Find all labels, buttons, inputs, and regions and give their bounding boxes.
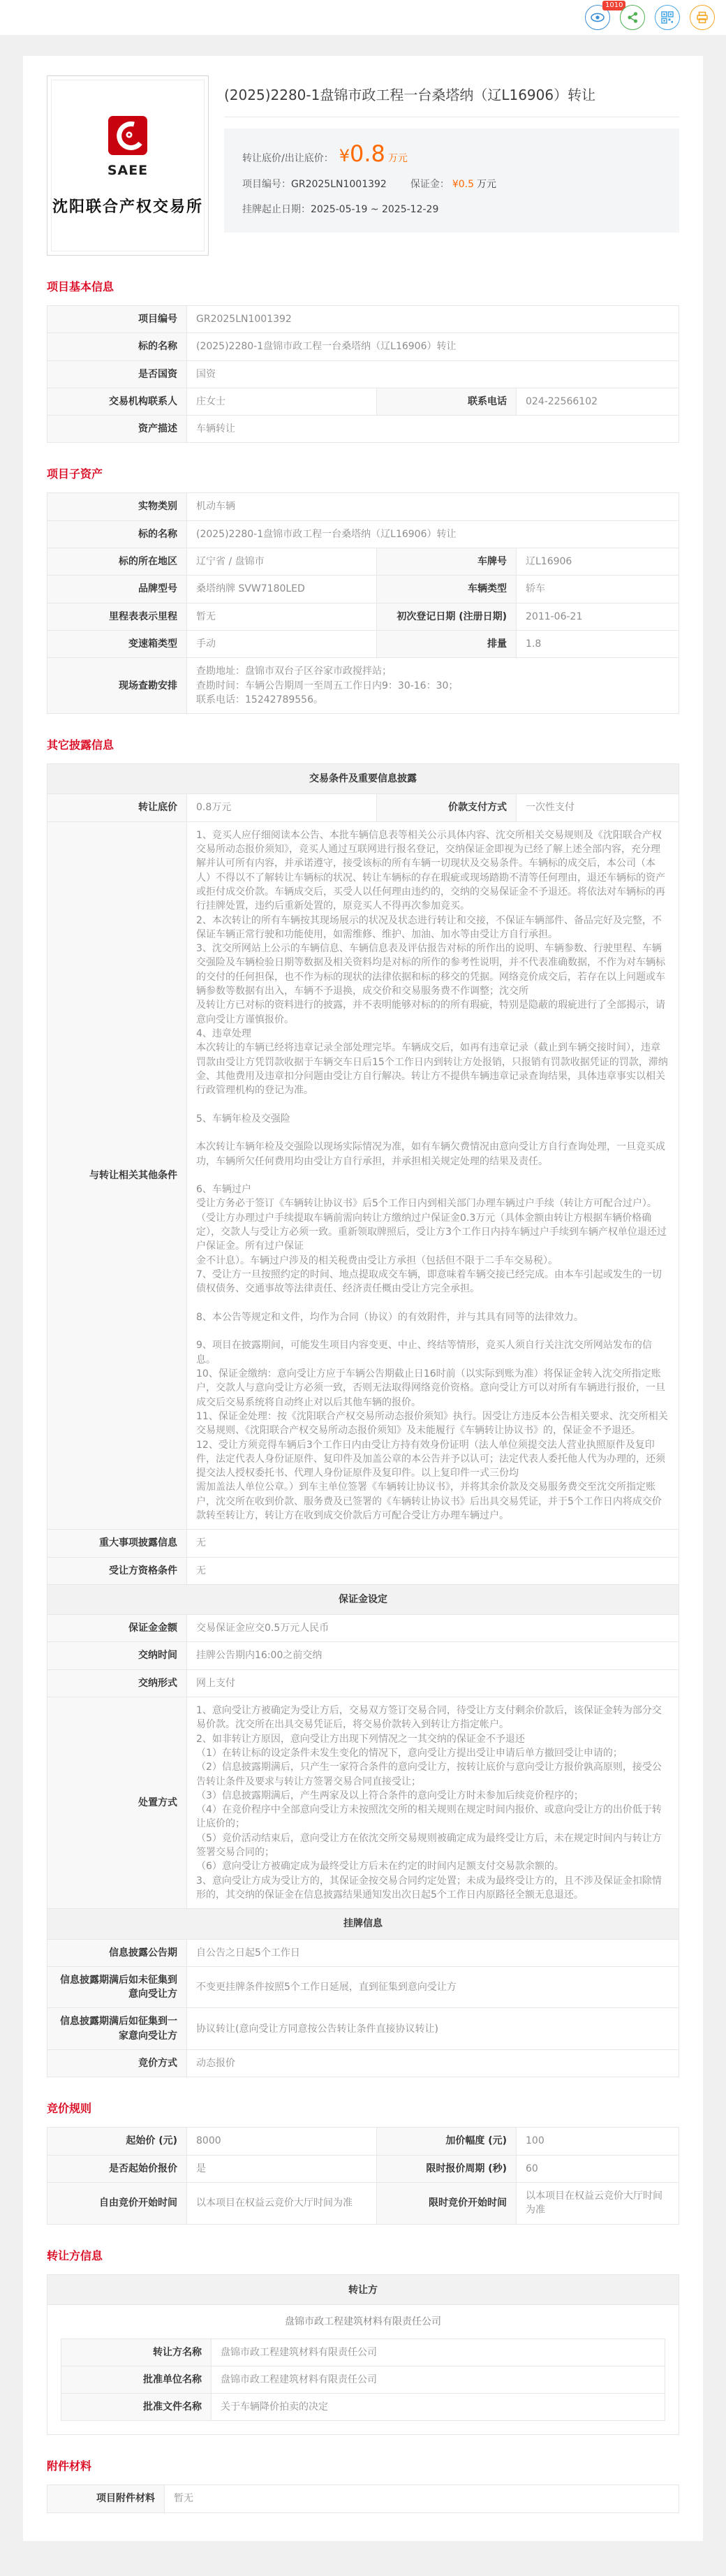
table-row: 批准文件名称 关于车辆降价拍卖的决定	[61, 2394, 665, 2421]
row-label: 是否起始价报价	[47, 2155, 187, 2182]
floor-price-value: ¥0.8万元	[334, 142, 408, 166]
row-value: (2025)2280-1盘锦市政工程一台桑塔纳（辽L16906）转让	[187, 333, 679, 360]
row-value: 1.8	[517, 630, 679, 657]
table-row: 现场查勘安排 查勘地址：盘锦市双台子区谷家市政搅拌站； 查勘时间：车辆公告期周一…	[47, 658, 679, 714]
row-label: 批准单位名称	[61, 2366, 212, 2393]
eye-icon	[590, 10, 605, 25]
view-count-button[interactable]: 1010	[585, 5, 610, 30]
section-title-bidding-rules: 竞价规则	[47, 2100, 679, 2116]
row-value: 车辆转让	[187, 416, 679, 443]
toolbar: 1010	[0, 0, 726, 35]
project-number-row: 项目编号： GR2025LN1001392 保证金： ¥0.5 万元	[242, 177, 661, 191]
row-label: 交纳时间	[47, 1642, 187, 1669]
bidding-rules-table: 起始价 (元) 8000 加价幅度 (元) 100 是否起始价报价 是 限时报价…	[47, 2127, 679, 2224]
row-label: 重大事项披露信息	[47, 1530, 187, 1557]
listing-period-value: 2025-05-19 ~ 2025-12-29	[311, 204, 438, 215]
share-icon	[625, 10, 639, 24]
row-label: 起始价 (元)	[47, 2128, 187, 2155]
row-value: 暂无	[165, 2485, 679, 2512]
row-value: 盘锦市政工程建筑材料有限责任公司	[212, 2366, 665, 2393]
table-row: 保证金金额 交易保证金应交0.5万元人民币	[47, 1615, 679, 1642]
row-label: 实物类别	[47, 493, 187, 520]
row-label: 变速箱类型	[47, 630, 187, 657]
exchange-logo-box: SAEE 沈阳联合产权交易所	[47, 75, 209, 256]
row-value: 024-22566102	[517, 388, 679, 415]
deposit-unit: 万元	[477, 177, 496, 191]
row-value: 不变更挂牌条件按照5个工作日延展，直到征集到意向受让方	[187, 1966, 679, 2008]
group-header: 挂牌信息	[47, 1909, 679, 1939]
row-value: 一次性支付	[517, 794, 679, 821]
floor-price-label: 转让底价/出让底价：	[242, 151, 334, 165]
row-value: 动态报价	[187, 2050, 679, 2077]
row-label: 排量	[377, 630, 517, 657]
sub-asset-table: 实物类别 机动车辆 标的名称 (2025)2280-1盘锦市政工程一台桑塔纳（辽…	[47, 492, 679, 714]
deposit-label: 保证金：	[410, 177, 450, 191]
disposal-text: 1、意向受让方被确定为受让方后，交易双方签订交易合同，待受让方支付剩余价款后，该…	[187, 1697, 679, 1909]
transferor-company-name: 盘锦市政工程建筑材料有限责任公司	[47, 2305, 679, 2337]
attachments-table: 项目附件材料 暂无	[47, 2484, 679, 2512]
row-value: 100	[517, 2128, 679, 2155]
table-row: 是否国资 国资	[47, 360, 679, 388]
row-label: 价款支付方式	[377, 794, 517, 821]
project-number-value: GR2025LN1001392	[291, 179, 387, 190]
table-row: 重大事项披露信息 无	[47, 1530, 679, 1557]
row-value: (2025)2280-1盘锦市政工程一台桑塔纳（辽L16906）转让	[187, 520, 679, 548]
row-value: 交易保证金应交0.5万元人民币	[187, 1615, 679, 1642]
table-row: 与转让相关其他条件 1、竞买人应仔细阅读本公告、本批车辆信息表等相关公示具体内容…	[47, 821, 679, 1530]
disclosure-table: 交易条件及重要信息披露 转让底价 0.8万元 价款支付方式 一次性支付 与转让相…	[47, 763, 679, 2077]
table-row: 标的名称 (2025)2280-1盘锦市政工程一台桑塔纳（辽L16906）转让	[47, 520, 679, 548]
row-label: 转让方名称	[61, 2339, 212, 2366]
printer-icon	[695, 10, 709, 24]
row-label: 竞价方式	[47, 2050, 187, 2077]
table-row: 资产描述 车辆转让	[47, 416, 679, 443]
row-label: 是否国资	[47, 360, 187, 388]
row-label: 交纳形式	[47, 1669, 187, 1697]
row-label: 品牌型号	[47, 576, 187, 603]
row-label: 保证金金额	[47, 1615, 187, 1642]
row-value: 60	[517, 2155, 679, 2182]
table-row: 变速箱类型 手动 排量 1.8	[47, 630, 679, 657]
table-row: 里程表表示里程 暂无 初次登记日期 (注册日期) 2011-06-21	[47, 603, 679, 630]
row-label: 信息披露公告期	[47, 1939, 187, 1966]
row-value: 盘锦市政工程建筑材料有限责任公司	[212, 2339, 665, 2366]
row-value: 0.8万元	[187, 794, 377, 821]
row-label: 标的名称	[47, 520, 187, 548]
table-row: 项目附件材料 暂无	[47, 2485, 679, 2512]
row-label: 初次登记日期 (注册日期)	[377, 603, 517, 630]
row-label: 联系电话	[377, 388, 517, 415]
table-row: 交纳形式 网上支付	[47, 1669, 679, 1697]
table-row: 信息披露公告期 自公告之日起5个工作日	[47, 1939, 679, 1966]
row-label: 现场查勘安排	[47, 658, 187, 714]
section-title-disclosure: 其它披露信息	[47, 736, 679, 752]
group-header: 保证金设定	[47, 1584, 679, 1614]
row-value: 辽L16906	[517, 548, 679, 576]
qrcode-button[interactable]	[655, 5, 680, 30]
row-label: 自由竞价开始时间	[47, 2182, 187, 2224]
row-value: 暂无	[187, 603, 377, 630]
row-value: 是	[187, 2155, 377, 2182]
listing-period-label: 挂牌起止日期：	[242, 202, 311, 216]
table-row: 交纳时间 挂牌公告期内16:00之前交纳	[47, 1642, 679, 1669]
listing-detail-page: SAEE 沈阳联合产权交易所 (2025)2280-1盘锦市政工程一台桑塔纳（辽…	[23, 56, 703, 2541]
row-label: 批准文件名称	[61, 2394, 212, 2421]
row-value: 国资	[187, 360, 679, 388]
row-value: 轿车	[517, 576, 679, 603]
table-row: 实物类别 机动车辆	[47, 493, 679, 520]
share-button[interactable]	[620, 5, 645, 30]
table-row: 品牌型号 桑塔纳牌 SVW7180LED 车辆类型 轿车	[47, 576, 679, 603]
row-label: 加价幅度 (元)	[377, 2128, 517, 2155]
row-value: 手动	[187, 630, 377, 657]
row-label: 限时竞价开始时间	[377, 2182, 517, 2224]
exchange-name: 沈阳联合产权交易所	[52, 195, 203, 217]
row-label: 车牌号	[377, 548, 517, 576]
price-panel: 转让底价/出让底价： ¥0.8万元 项目编号： GR2025LN1001392 …	[224, 129, 679, 233]
row-label: 项目附件材料	[47, 2485, 165, 2512]
table-row: 处置方式 1、意向受让方被确定为受让方后，交易双方签订交易合同，待受让方支付剩余…	[47, 1697, 679, 1909]
row-value: 2011-06-21	[517, 603, 679, 630]
table-row: 起始价 (元) 8000 加价幅度 (元) 100	[47, 2128, 679, 2155]
row-value: 8000	[187, 2128, 377, 2155]
deposit-value: ¥0.5	[452, 179, 474, 190]
other-conditions-text: 1、竞买人应仔细阅读本公告、本批车辆信息表等相关公示具体内容、沈交所相关交易规则…	[187, 821, 679, 1530]
row-label: 交易机构联系人	[47, 388, 187, 415]
table-row: 标的所在地区 辽宁省 / 盘锦市 车牌号 辽L16906	[47, 548, 679, 576]
table-row: 项目编号 GR2025LN1001392	[47, 306, 679, 333]
table-row: 转让方名称 盘锦市政工程建筑材料有限责任公司	[61, 2339, 665, 2366]
table-row: 批准单位名称 盘锦市政工程建筑材料有限责任公司	[61, 2366, 665, 2393]
table-row: 交易机构联系人 庄女士 联系电话 024-22566102	[47, 388, 679, 415]
group-header-row: 交易条件及重要信息披露	[47, 764, 679, 794]
row-value: 挂牌公告期内16:00之前交纳	[187, 1642, 679, 1669]
row-label: 资产描述	[47, 416, 187, 443]
row-value: 以本项目在权益云竞价大厅时间为准	[187, 2182, 377, 2224]
row-value: 以本项目在权益云竞价大厅时间为准	[517, 2182, 679, 2224]
row-label: 信息披露期满后如未征集到意向受让方	[47, 1966, 187, 2008]
transferor-box: 转让方 盘锦市政工程建筑材料有限责任公司 转让方名称 盘锦市政工程建筑材料有限责…	[47, 2274, 679, 2436]
group-header-row: 挂牌信息	[47, 1909, 679, 1939]
row-label: 车辆类型	[377, 576, 517, 603]
project-number-label: 项目编号：	[242, 177, 291, 191]
table-row: 是否起始价报价 是 限时报价周期 (秒) 60	[47, 2155, 679, 2182]
table-row: 自由竞价开始时间 以本项目在权益云竞价大厅时间为准 限时竞价开始时间 以本项目在…	[47, 2182, 679, 2224]
table-row: 信息披露期满后如未征集到意向受让方 不变更挂牌条件按照5个工作日延展，直到征集到…	[47, 1966, 679, 2008]
row-label: 项目编号	[47, 306, 187, 333]
row-label: 里程表表示里程	[47, 603, 187, 630]
row-value: 关于车辆降价拍卖的决定	[212, 2394, 665, 2421]
floor-price-row: 转让底价/出让底价： ¥0.8万元	[242, 142, 661, 166]
section-title-sub-asset: 项目子资产	[47, 465, 679, 481]
table-row: 受让方资格条件 无	[47, 1557, 679, 1584]
basic-info-table: 项目编号 GR2025LN1001392 标的名称 (2025)2280-1盘锦…	[47, 305, 679, 443]
logo-text: SAEE	[108, 163, 148, 178]
listing-header: SAEE 沈阳联合产权交易所 (2025)2280-1盘锦市政工程一台桑塔纳（辽…	[47, 75, 679, 256]
row-label: 处置方式	[47, 1697, 187, 1909]
row-label: 限时报价周期 (秒)	[377, 2155, 517, 2182]
row-value: 庄女士	[187, 388, 377, 415]
page-title: (2025)2280-1盘锦市政工程一台桑塔纳（辽L16906）转让	[224, 78, 679, 117]
saee-logo-icon	[108, 115, 148, 156]
transferor-group-header: 转让方	[47, 2275, 679, 2305]
row-value: GR2025LN1001392	[187, 306, 679, 333]
section-title-transferor: 转让方信息	[47, 2247, 679, 2263]
listing-period-row: 挂牌起止日期： 2025-05-19 ~ 2025-12-29	[242, 202, 661, 216]
row-value: 查勘地址：盘锦市双台子区谷家市政搅拌站； 查勘时间：车辆公告期周一至周五工作日内…	[187, 658, 679, 714]
row-value: 网上支付	[187, 1669, 679, 1697]
row-value: 桑塔纳牌 SVW7180LED	[187, 576, 377, 603]
row-label: 转让底价	[47, 794, 187, 821]
qrcode-icon	[660, 10, 674, 24]
transferor-table: 转让方名称 盘锦市政工程建筑材料有限责任公司 批准单位名称 盘锦市政工程建筑材料…	[61, 2339, 665, 2422]
row-label: 受让方资格条件	[47, 1557, 187, 1584]
row-value: 辽宁省 / 盘锦市	[187, 548, 377, 576]
group-header: 交易条件及重要信息披露	[47, 764, 679, 794]
listing-summary: (2025)2280-1盘锦市政工程一台桑塔纳（辽L16906）转让 转让底价/…	[224, 75, 679, 256]
table-row: 转让底价 0.8万元 价款支付方式 一次性支付	[47, 794, 679, 821]
section-title-attachments: 附件材料	[47, 2457, 679, 2473]
row-label: 标的名称	[47, 333, 187, 360]
row-label: 标的所在地区	[47, 548, 187, 576]
table-row: 竞价方式 动态报价	[47, 2050, 679, 2077]
table-row: 标的名称 (2025)2280-1盘锦市政工程一台桑塔纳（辽L16906）转让	[47, 333, 679, 360]
row-value: 无	[187, 1557, 679, 1584]
row-label: 信息披露期满后如征集到一家意向受让方	[47, 2008, 187, 2050]
section-title-basic-info: 项目基本信息	[47, 278, 679, 294]
row-value: 协议转让(意向受让方同意按公告转让条件直接协议转让)	[187, 2008, 679, 2050]
row-value: 无	[187, 1530, 679, 1557]
table-row: 信息披露期满后如征集到一家意向受让方 协议转让(意向受让方同意按公告转让条件直接…	[47, 2008, 679, 2050]
row-value: 自公告之日起5个工作日	[187, 1939, 679, 1966]
print-button[interactable]	[690, 5, 715, 30]
group-header-row: 保证金设定	[47, 1584, 679, 1614]
row-label: 与转让相关其他条件	[47, 821, 187, 1530]
row-value: 机动车辆	[187, 493, 679, 520]
